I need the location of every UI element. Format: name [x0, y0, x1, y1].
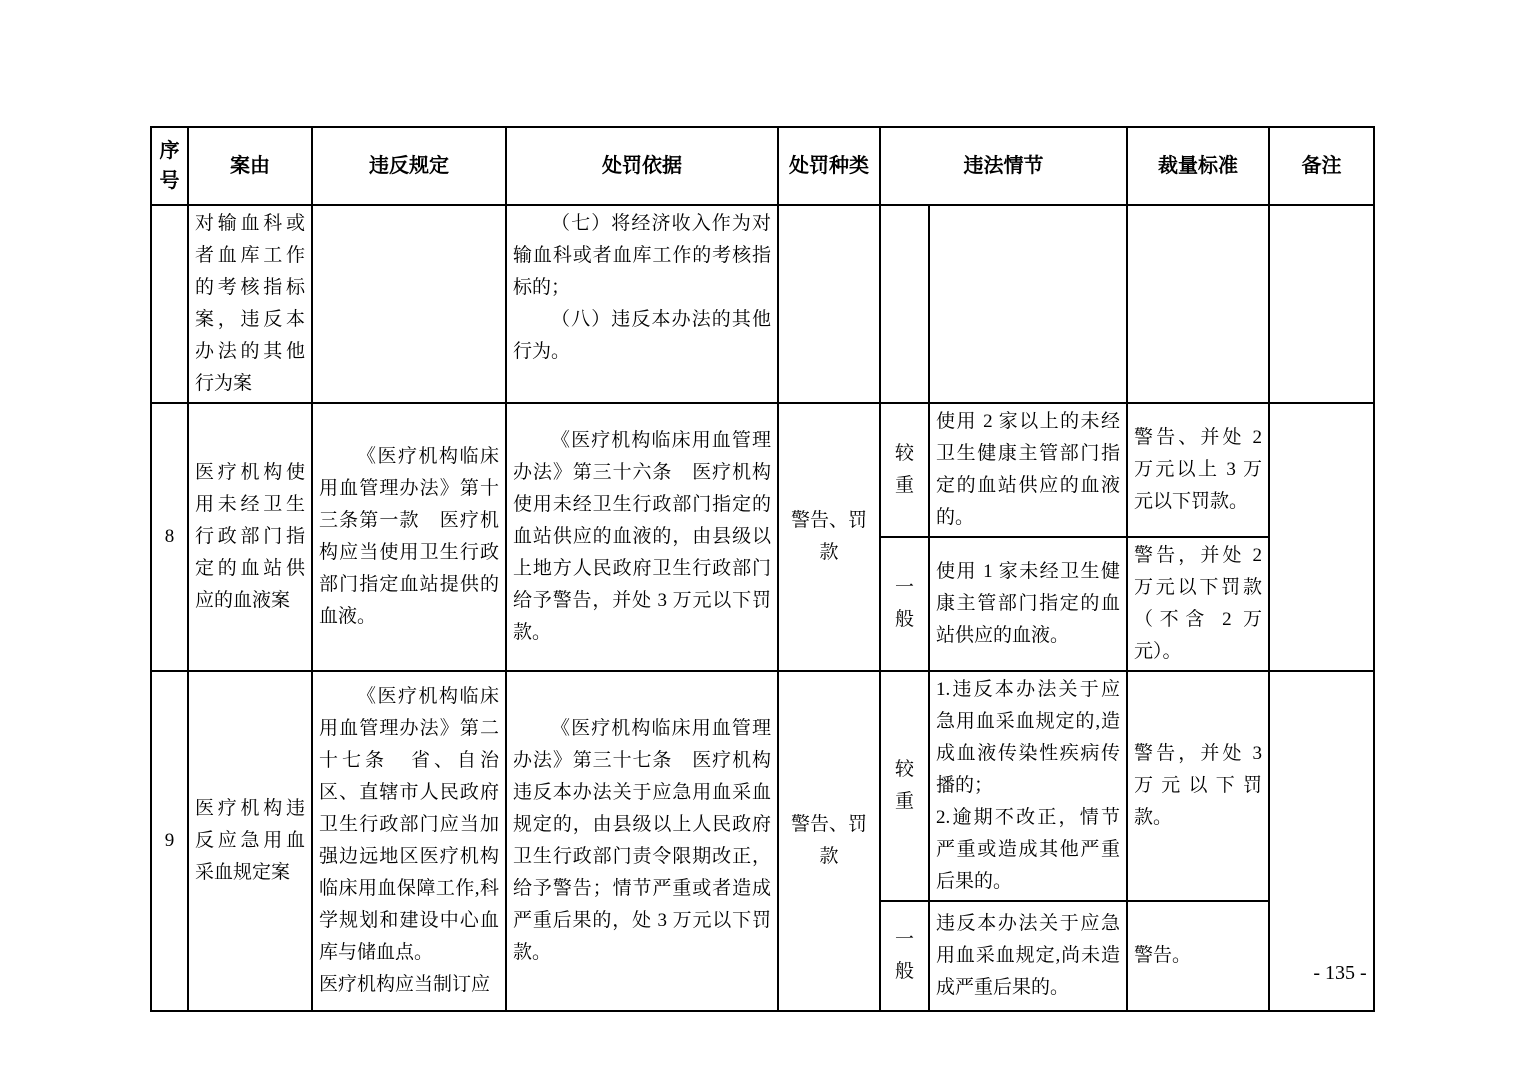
- cell-remark-cont: [1269, 205, 1374, 403]
- cell-case-8: 医疗机构使用未经卫生行政部门指定的血站供应的血液案: [188, 403, 312, 671]
- page-number: - 135 -: [1295, 962, 1385, 985]
- cell-severity-8-1: 较重: [880, 403, 929, 537]
- case-text: 医疗机构使用未经卫生行政部门指定的血站供应的血液案: [195, 457, 305, 617]
- cell-violated-provision-9: 《医疗机构临床用血管理办法》第二十七条 省、自治区、直辖市人民政府卫生行政部门应…: [312, 671, 506, 1011]
- cell-seq-cont: [151, 205, 188, 403]
- cell-penalty-basis-cont: （七）将经济收入作为对输血科或者血库工作的考核指标的； （八）违反本办法的其他行…: [506, 205, 778, 403]
- standard-text: 警告、并处 2 万元以上 3 万元以下罚款。: [1134, 422, 1262, 518]
- cell-violated-provision-cont: [312, 205, 506, 403]
- cell-seq-9: 9: [151, 671, 188, 1011]
- cell-remark-8: [1269, 403, 1374, 671]
- table-row-8-sub1: 8 医疗机构使用未经卫生行政部门指定的血站供应的血液案 《医疗机构临床用血管理办…: [151, 403, 1374, 537]
- cell-penalty-type-cont: [778, 205, 880, 403]
- violated-provision-paragraph: 《医疗机构临床用血管理办法》第十三条第一款 医疗机构应当使用卫生行政部门指定血站…: [319, 441, 499, 633]
- header-violated-provision: 违反规定: [312, 127, 506, 205]
- header-discretion-standard: 裁量标准: [1127, 127, 1269, 205]
- standard-text: 警告，并处 3 万元以下罚款。: [1134, 738, 1262, 834]
- penalty-basis-paragraph: 《医疗机构临床用血管理办法》第三十七条 医疗机构违反本办法关于应急用血采血规定的…: [513, 713, 771, 969]
- header-penalty-basis: 处罚依据: [506, 127, 778, 205]
- circumstance-item: 2.逾期不改正，情节严重或造成其他严重后果的。: [936, 802, 1120, 898]
- cell-circumstance-9-2: 违反本办法关于应急用血采血规定,尚未造成严重后果的。: [929, 901, 1127, 1011]
- cell-severity-8-2: 一般: [880, 537, 929, 671]
- cell-case-9: 医疗机构违反应急用血采血规定案: [188, 671, 312, 1011]
- cell-circumstance-9-1: 1.违反本办法关于应急用血采血规定的,造成血液传染性疾病传播的； 2.逾期不改正…: [929, 671, 1127, 901]
- circumstance-text: 违反本办法关于应急用血采血规定,尚未造成严重后果的。: [936, 908, 1120, 1004]
- header-case: 案由: [188, 127, 312, 205]
- table-row-9-sub1: 9 医疗机构违反应急用血采血规定案 《医疗机构临床用血管理办法》第二十七条 省、…: [151, 671, 1374, 901]
- case-text: 医疗机构违反应急用血采血规定案: [195, 793, 305, 889]
- cell-penalty-basis-8: 《医疗机构临床用血管理办法》第三十六条 医疗机构使用未经卫生行政部门指定的血站供…: [506, 403, 778, 671]
- standard-text: 警告。: [1134, 940, 1262, 972]
- circumstance-item: 1.违反本办法关于应急用血采血规定的,造成血液传染性疾病传播的；: [936, 674, 1120, 802]
- header-violation-circumstance: 违法情节: [880, 127, 1127, 205]
- cell-penalty-type-9: 警告、罚款: [778, 671, 880, 1011]
- cell-standard-cont: [1127, 205, 1269, 403]
- case-text: 对输血科或者血库工作的考核指标案，违反本办法的其他行为案: [195, 208, 305, 400]
- cell-seq-8: 8: [151, 403, 188, 671]
- cell-case-cont: 对输血科或者血库工作的考核指标案，违反本办法的其他行为案: [188, 205, 312, 403]
- cell-circumstance-cont: [929, 205, 1127, 403]
- header-remark: 备注: [1269, 127, 1374, 205]
- penalty-standards-table: 序号 案由 违反规定 处罚依据 处罚种类 违法情节 裁量标准 备注 对输血科或者…: [150, 126, 1375, 1012]
- cell-circumstance-8-2: 使用 1 家未经卫生健康主管部门指定的血站供应的血液。: [929, 537, 1127, 671]
- header-seq: 序号: [151, 127, 188, 205]
- standard-text: 警告，并处 2 万元以下罚款（不含 2 万元）。: [1134, 540, 1262, 668]
- cell-circumstance-8-1: 使用 2 家以上的未经卫生健康主管部门指定的血站供应的血液的。: [929, 403, 1127, 537]
- cell-standard-8-2: 警告，并处 2 万元以下罚款（不含 2 万元）。: [1127, 537, 1269, 671]
- penalty-basis-paragraph: （八）违反本办法的其他行为。: [513, 304, 771, 368]
- cell-penalty-basis-9: 《医疗机构临床用血管理办法》第三十七条 医疗机构违反本办法关于应急用血采血规定的…: [506, 671, 778, 1011]
- table-row-continuation: 对输血科或者血库工作的考核指标案，违反本办法的其他行为案 （七）将经济收入作为对…: [151, 205, 1374, 403]
- table-header-row: 序号 案由 违反规定 处罚依据 处罚种类 违法情节 裁量标准 备注: [151, 127, 1374, 205]
- cell-remark-9: [1269, 671, 1374, 1011]
- cell-standard-9-2: 警告。: [1127, 901, 1269, 1011]
- cell-standard-9-1: 警告，并处 3 万元以下罚款。: [1127, 671, 1269, 901]
- cell-severity-cont: [880, 205, 929, 403]
- header-penalty-type: 处罚种类: [778, 127, 880, 205]
- cell-standard-8-1: 警告、并处 2 万元以上 3 万元以下罚款。: [1127, 403, 1269, 537]
- document-page: 序号 案由 违反规定 处罚依据 处罚种类 违法情节 裁量标准 备注 对输血科或者…: [0, 0, 1520, 1074]
- circumstance-text: 使用 1 家未经卫生健康主管部门指定的血站供应的血液。: [936, 556, 1120, 652]
- penalty-basis-paragraph: 《医疗机构临床用血管理办法》第三十六条 医疗机构使用未经卫生行政部门指定的血站供…: [513, 425, 771, 649]
- circumstance-text: 使用 2 家以上的未经卫生健康主管部门指定的血站供应的血液的。: [936, 406, 1120, 534]
- violated-provision-paragraph: 《医疗机构临床用血管理办法》第二十七条 省、自治区、直辖市人民政府卫生行政部门应…: [319, 681, 499, 969]
- violated-provision-paragraph: 医疗机构应当制订应: [319, 969, 499, 1001]
- penalty-basis-paragraph: （七）将经济收入作为对输血科或者血库工作的考核指标的；: [513, 208, 771, 304]
- cell-penalty-type-8: 警告、罚款: [778, 403, 880, 671]
- cell-severity-9-1: 较重: [880, 671, 929, 901]
- cell-violated-provision-8: 《医疗机构临床用血管理办法》第十三条第一款 医疗机构应当使用卫生行政部门指定血站…: [312, 403, 506, 671]
- cell-severity-9-2: 一般: [880, 901, 929, 1011]
